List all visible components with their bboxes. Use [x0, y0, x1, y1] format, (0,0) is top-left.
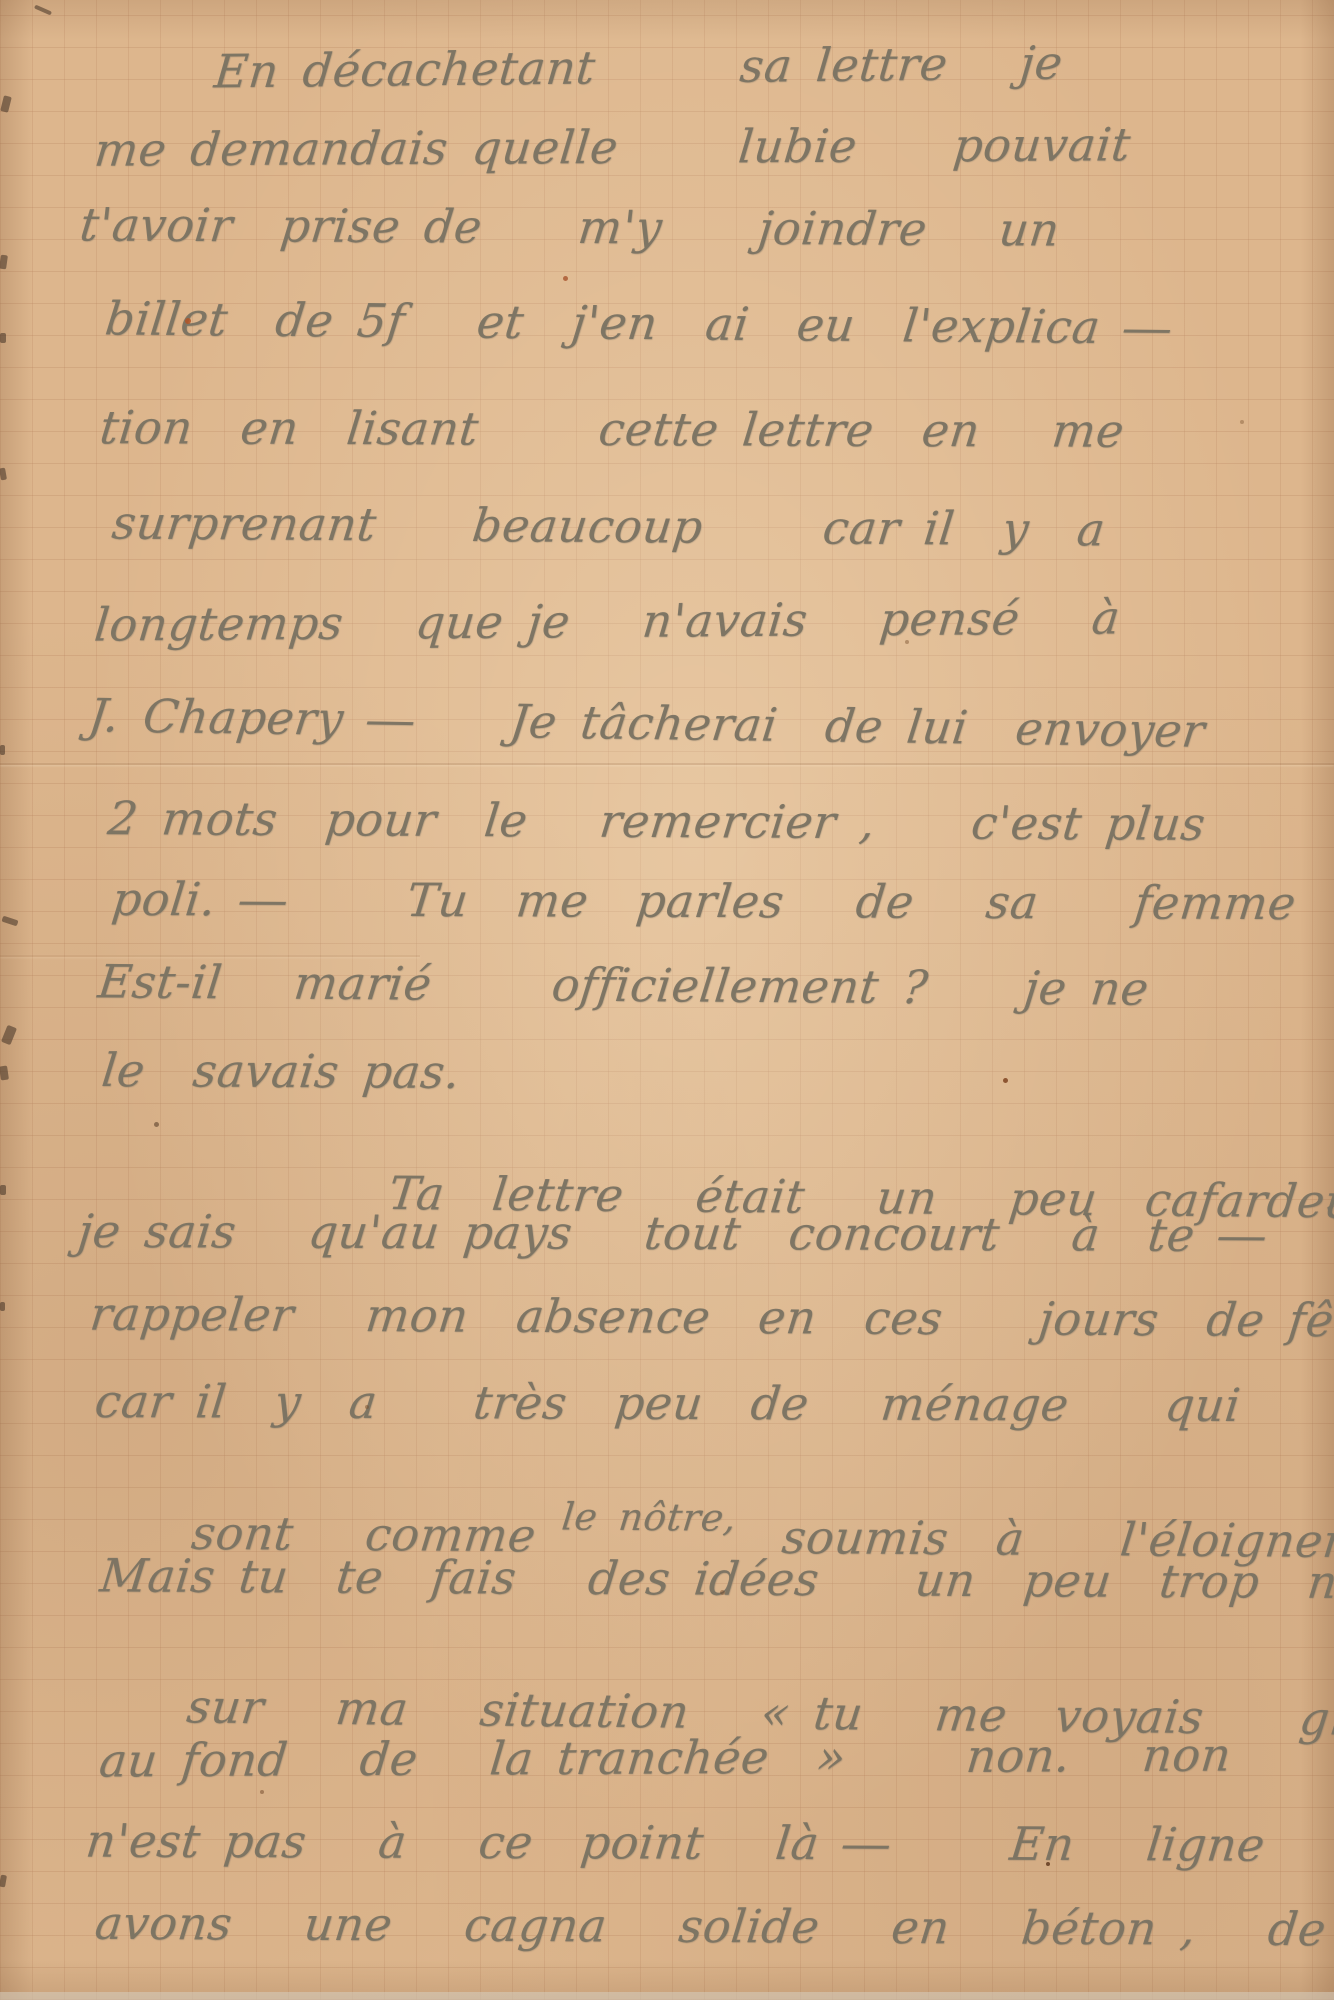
- handwritten-line: t'avoir prise de m'y joindre un: [78, 201, 1062, 252]
- fold-crease: [0, 763, 1334, 765]
- handwritten-line: au fond de la tranchée » non. non ce: [97, 1731, 1334, 1784]
- handwritten-line: je sais qu'au pays tout concourt à te ―: [76, 1208, 1268, 1258]
- paper-speck: [185, 318, 191, 324]
- letter-page: En décachetant sa lettre je me demandais…: [0, 0, 1334, 2000]
- paper-speck: [1003, 1078, 1008, 1083]
- inserted-correction: le nôtre,: [560, 1498, 738, 1537]
- handwritten-line: avons une cagna solide en béton , de: [93, 1900, 1329, 1952]
- edge-mark: [1, 1025, 17, 1045]
- handwritten-line: le savais pas.: [100, 1047, 463, 1095]
- handwritten-line: J. Chapery ― Je tâcherai de lui envoyer: [86, 692, 1207, 754]
- handwritten-line: Est-il marié officiellement ? je ne: [96, 958, 1151, 1011]
- edge-mark: [0, 1066, 9, 1081]
- handwritten-line: car il y a très peu de ménage qui: [93, 1378, 1243, 1428]
- handwritten-line: En décachetant sa lettre je: [212, 40, 1064, 95]
- handwritten-line: n'est pas à ce point là ― En ligne nous: [84, 1818, 1334, 1869]
- handwritten-line: Mais tu te fais des idées un peu trop no…: [98, 1552, 1334, 1605]
- handwritten-line: rappeler mon absence en ces jours de fêt…: [88, 1291, 1334, 1344]
- paper-speck: [563, 276, 568, 281]
- handwritten-line: poli. ― Tu me parles de sa femme: [110, 876, 1299, 926]
- handwritten-line: me demandais quelle lubie pouvait: [92, 121, 1132, 172]
- edge-mark: [1, 916, 18, 927]
- edge-mark: [0, 95, 12, 112]
- handwritten-line: tion en lisant cette lettre en me: [98, 404, 1127, 454]
- edge-mark: [34, 5, 52, 16]
- handwritten-line: surprenant beaucoup car il y a: [110, 500, 1108, 553]
- handwritten-line: longtemps que je n'avais pensé à: [92, 594, 1122, 647]
- edge-mark: [0, 333, 6, 343]
- handwritten-line: 2 mots pour le remercier , c'est plus: [106, 795, 1208, 847]
- edge-mark: [0, 745, 5, 755]
- edge-mark: [0, 1302, 5, 1311]
- edge-mark: [0, 1875, 7, 1888]
- paper-speck: [720, 1590, 725, 1595]
- paper-speck: [260, 1790, 264, 1794]
- paper-speck: [154, 1122, 159, 1127]
- paper-speck: [1046, 1862, 1050, 1866]
- edge-mark: [0, 1185, 6, 1195]
- paper-speck: [1240, 420, 1244, 424]
- handwritten-line: billet de 5f et j'en ai eu l'explica ―: [103, 295, 1173, 350]
- paper-speck: [365, 1405, 369, 1409]
- paper-speck: [905, 640, 909, 644]
- edge-mark: [0, 255, 8, 270]
- scan-edge: [0, 1992, 1334, 2000]
- edge-mark: [0, 468, 7, 481]
